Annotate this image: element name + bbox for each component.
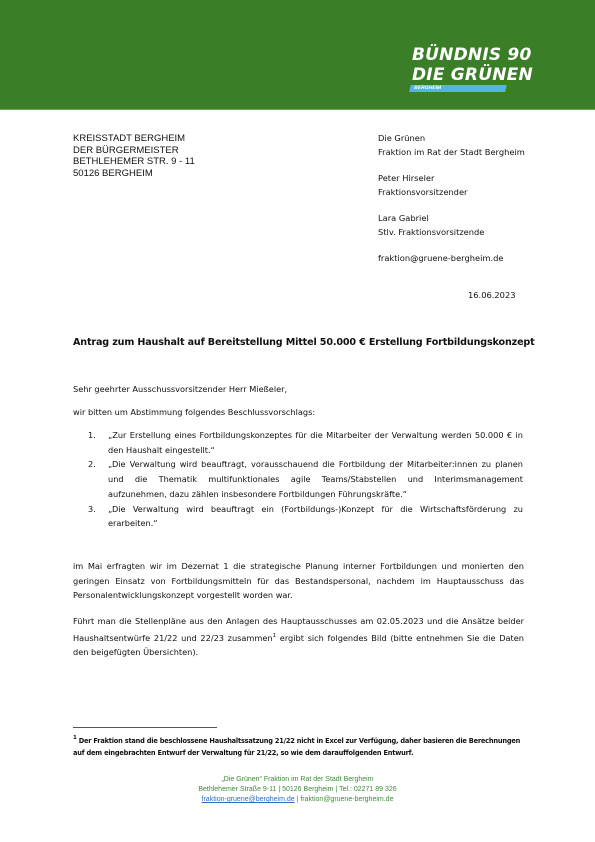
paragraph-1: im Mai erfragten wir im Dezernat 1 die s… — [73, 559, 524, 603]
letter-date: 16.06.2023 — [468, 290, 516, 300]
proposal-item: 2. „Die Verwaltung wird beauftragt, vora… — [88, 457, 523, 501]
footer-email: fraktion@gruene-bergheim.de — [300, 796, 393, 803]
intro-text: wir bitten um Abstimmung folgendes Besch… — [73, 407, 315, 417]
footer-line-1: „Die Grünen“ Fraktion im Rat der Stadt B… — [0, 775, 595, 785]
letter-subject: Antrag zum Haushalt auf Bereitstellung M… — [73, 337, 535, 348]
proposal-text: „Zur Erstellung eines Fortbildungskonzep… — [108, 430, 523, 455]
proposal-list: 1. „Zur Erstellung eines Fortbildungskon… — [88, 428, 523, 531]
footnote-divider — [73, 727, 217, 728]
party-logo: BÜNDNIS 90 DIE GRÜNEN BERGHEIM — [410, 0, 595, 100]
page-footer: „Die Grünen“ Fraktion im Rat der Stadt B… — [0, 775, 595, 805]
recipient-address: KREISSTADT BERGHEIM DER BÜRGERMEISTER BE… — [73, 133, 195, 179]
paragraph-2: Führt man die Stellenpläne aus den Anlag… — [73, 614, 524, 660]
recipient-line: KREISSTADT BERGHEIM — [73, 133, 195, 145]
salutation: Sehr geehrter Ausschussvorsitzender Herr… — [73, 384, 287, 394]
proposal-number: 2. — [88, 457, 96, 472]
sender-org: Die Grünen — [378, 132, 525, 146]
footnote-text: Der Fraktion stand die beschlossene Haus… — [73, 737, 520, 757]
proposal-item: 3. „Die Verwaltung wird beauftragt ein (… — [88, 502, 523, 531]
header-band: BÜNDNIS 90 DIE GRÜNEN BERGHEIM — [0, 0, 595, 110]
sender-person2-name: Lara Gabriel — [378, 212, 525, 226]
recipient-line: 50126 BERGHEIM — [73, 168, 195, 180]
brand-line-2: DIE GRÜNEN — [412, 67, 533, 84]
sender-person1-name: Peter Hirseler — [378, 172, 525, 186]
footer-email-link[interactable]: fraktion-gruene@bergheim.de — [202, 796, 295, 803]
sender-person2-role: Stlv. Fraktionsvorsitzende — [378, 226, 525, 240]
proposal-item: 1. „Zur Erstellung eines Fortbildungskon… — [88, 428, 523, 457]
brand-line-1: BÜNDNIS 90 — [412, 47, 531, 64]
sender-fraction: Fraktion im Rat der Stadt Bergheim — [378, 146, 525, 160]
footer-line-3: fraktion-gruene@bergheim.de | fraktion@g… — [0, 795, 595, 805]
recipient-line: BETHLEHEMER STR. 9 - 11 — [73, 156, 195, 168]
proposal-number: 1. — [88, 428, 96, 443]
proposal-text: „Die Verwaltung wird beauftragt ein (For… — [108, 504, 523, 529]
footnote: 1 Der Fraktion stand die beschlossene Ha… — [73, 733, 528, 759]
proposal-number: 3. — [88, 502, 96, 517]
recipient-line: DER BÜRGERMEISTER — [73, 145, 195, 157]
footer-line-2: Bethlehemer Straße 9-11 | 50126 Bergheim… — [0, 785, 595, 795]
sender-person1-role: Fraktionsvorsitzender — [378, 186, 525, 200]
sender-email: fraktion@gruene-bergheim.de — [378, 252, 525, 266]
proposal-text: „Die Verwaltung wird beauftragt, vorauss… — [108, 459, 523, 498]
brand-tag: BERGHEIM — [409, 85, 506, 92]
sender-block: Die Grünen Fraktion im Rat der Stadt Ber… — [378, 132, 525, 266]
